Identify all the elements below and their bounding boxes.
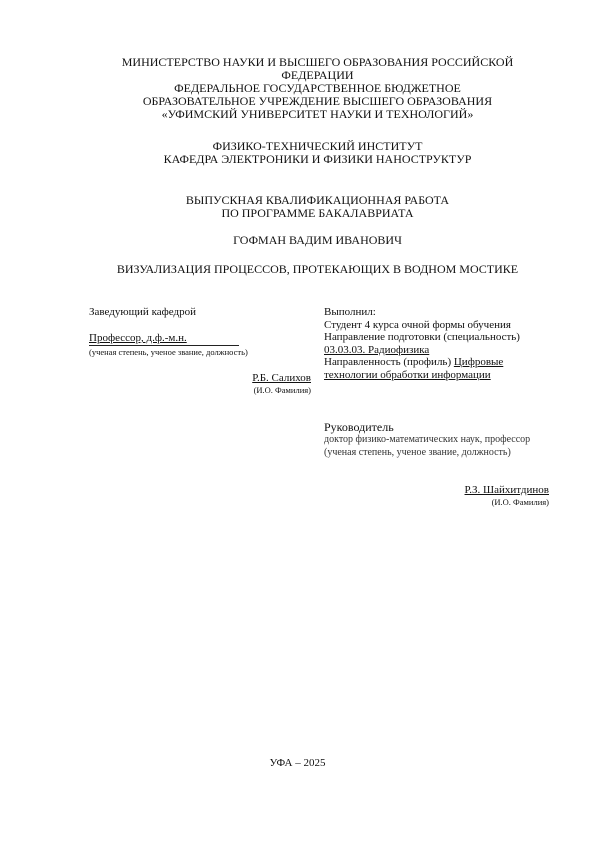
head-of-department-name: Р.Б. Салихов	[252, 372, 311, 385]
profile: Направленность (профиль) Цифровые технол…	[324, 356, 559, 381]
head-of-department-name-caption: (И.О. Фамилия)	[254, 385, 311, 396]
head-of-department-degree-text: Профессор, д.ф.-м.н.	[89, 332, 187, 344]
performed-label: Выполнил:	[324, 306, 376, 319]
author-name-text: ГОФМАН ВАДИМ ИВАНОВИЧ	[80, 234, 555, 247]
department-line: КАФЕДРА ЭЛЕКТРОНИКИ И ФИЗИКИ НАНОСТРУКТУ…	[80, 153, 555, 166]
organization-line: «УФИМСКИЙ УНИВЕРСИТЕТ НАУКИ И ТЕХНОЛОГИЙ…	[80, 108, 555, 121]
supervisor-block: Руководитель доктор физико-математически…	[324, 420, 549, 459]
institute-header: ФИЗИКО-ТЕХНИЧЕСКИЙ ИНСТИТУТ КАФЕДРА ЭЛЕК…	[80, 140, 555, 166]
head-of-department-label: Заведующий кафедрой	[89, 306, 196, 319]
head-of-department-degree-caption: (ученая степень, ученое звание, должност…	[89, 347, 248, 358]
supervisor-label: Руководитель	[324, 420, 549, 434]
supervisor-name-caption: (И.О. Фамилия)	[492, 497, 549, 508]
title-page: МИНИСТЕРСТВО НАУКИ И ВЫСШЕГО ОБРАЗОВАНИЯ…	[0, 0, 595, 841]
direction-value: 03.03.03. Радиофизика	[324, 344, 429, 357]
city-year: УФА – 2025	[0, 757, 595, 769]
work-title-text: ВИЗУАЛИЗАЦИЯ ПРОЦЕССОВ, ПРОТЕКАЮЩИХ В ВО…	[80, 263, 555, 276]
direction-label: Направление подготовки (специальность)	[324, 331, 520, 344]
supervisor-degree: доктор физико-математических наук, профе…	[324, 434, 549, 459]
student-status: Студент 4 курса очной формы обучения	[324, 319, 511, 332]
work-type-line: ПО ПРОГРАММЕ БАКАЛАВРИАТА	[80, 207, 555, 220]
work-title: ВИЗУАЛИЗАЦИЯ ПРОЦЕССОВ, ПРОТЕКАЮЩИХ В ВО…	[80, 263, 555, 276]
profile-label: Направленность (профиль)	[324, 356, 451, 368]
organization-header: МИНИСТЕРСТВО НАУКИ И ВЫСШЕГО ОБРАЗОВАНИЯ…	[80, 56, 555, 121]
supervisor-name: Р.З. Шайхитдинов	[465, 484, 549, 496]
work-type: ВЫПУСКНАЯ КВАЛИФИКАЦИОННАЯ РАБОТА ПО ПРО…	[80, 194, 555, 220]
author-name: ГОФМАН ВАДИМ ИВАНОВИЧ	[80, 234, 555, 247]
head-of-department-degree: Профессор, д.ф.-м.н.	[89, 332, 239, 346]
